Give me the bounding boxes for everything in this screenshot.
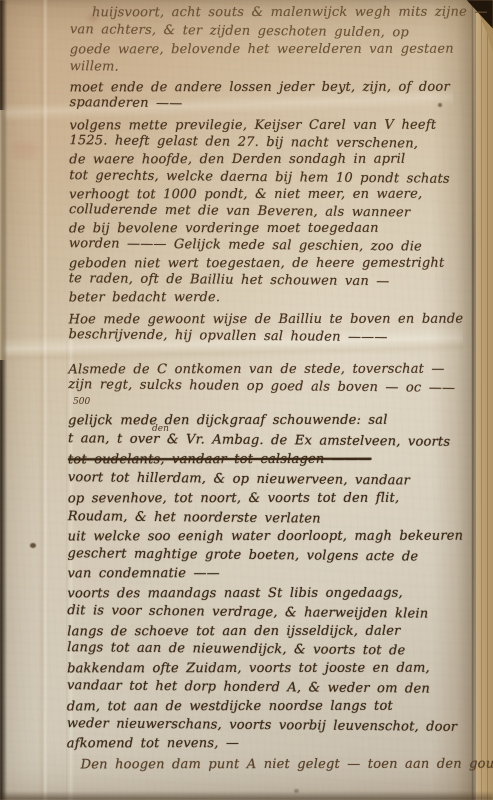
manuscript-line: vandaar tot het dorp honderd A, & weder … [67,677,459,700]
manuscript-line: dam, tot aan de westdijcke noordse langs… [67,697,459,716]
paragraph: voorts des maandags naast St libis onged… [67,584,460,755]
manuscript-line: bakkendam ofte Zuidam, voorts tot jooste… [67,660,459,679]
paragraph: Den hoogen dam punt A niet gelegt — toen… [67,755,459,775]
manuscript-line: beschrijvende, hij opvallen sal houden —… [68,326,460,347]
ink-stain [30,543,36,548]
manuscript-line: spaanderen —— [69,94,461,115]
manuscript-line: de waere hoofde, den Derden sondagh in a… [69,151,461,169]
manuscript-photo: huijsvoort, acht souts & malenwijck wegh… [0,0,493,800]
manuscript-line-struck-through: tot oudelants, vandaar tot calslagen ——— [68,450,460,470]
manuscript-line: tot gerechts, welcke daerna bij hem 10 p… [69,167,461,188]
manuscript-line: huijsvoort, acht souts & malenwijck wegh… [70,4,462,23]
manuscript-line: beter bedacht werde. [69,289,461,307]
manuscript-line: Alsmede de C ontkomen van de stede, tove… [68,361,460,379]
paragraph: Hoe mede gewoont wijse de Bailliu te bov… [68,310,460,346]
bottom-edge-shadow [0,791,493,800]
manuscript-line: zijn regt, sulcks houden op goed als bov… [68,376,460,397]
manuscript-line: willem. [70,58,462,80]
manuscript-line: Hoe mede gewoont wijse de Bailliu te bov… [69,311,461,329]
paper-speck [294,789,299,793]
manuscript-line: worden ——— Gelijck mede sal geschien, zo… [69,236,461,257]
red-smudge [12,142,38,158]
manuscript-line: uit welcke soo eenigh water doorloopt, m… [68,528,460,547]
manuscript-line: afkomend tot nevens, — [67,735,459,754]
manuscript-line: geboden niet wert toegestaen, de heere g… [69,254,461,272]
left-edge-highlight [0,110,7,360]
manuscript-line: t aan, t over & Vr. Ambag. de Ex amstelv… [68,429,460,452]
manuscript-line: Roudam, & het noorderste verlaten [68,507,460,530]
manuscript-line: voorts des maandags naast St libis onged… [67,585,459,604]
manuscript-line: goede waere, belovende het weerelderen v… [70,41,462,60]
interlinear-insertion: 500 [73,397,90,407]
manuscript-line: te raden, oft de Bailliu het schouwen va… [69,270,461,291]
manuscript-line: gelijck mede den dijckgraaf schouwende: … [68,411,460,431]
paragraph: huijsvoort, acht souts & malenwijck wegh… [70,3,462,79]
paragraph: uit welcke soo eenigh water doorloopt, m… [67,527,459,584]
manuscript-line: op sevenhove, tot noort, & voorts tot de… [68,489,460,509]
paragraph: moet ende de andere lossen jeder beyt, z… [70,78,462,114]
manuscript-line: geschert maghtige grote boeten, volgens … [67,545,459,567]
paragraph: Alsmede de C ontkomen van de stede, tove… [68,360,460,396]
manuscript-line: voort tot hillerdam, & op nieuwerveen, v… [68,468,460,491]
manuscript-line: dit is voor schonen verdrage, & haerweij… [67,602,459,625]
manuscript-line: langs tot aan de nieuwendijck, & voorts … [67,640,459,663]
book-fore-edge-pages [475,0,493,800]
paragraph: volgens mette previlegie, Keijser Carel … [69,116,462,307]
manuscript-line: verhoogt tot 1000 pondt, & niet meer, en… [69,185,461,203]
interlinear-insertion: den [152,424,169,434]
page-edge-line [472,0,475,800]
manuscript-line: van condemnatie —— [67,565,459,584]
manuscript-line: Den hoogen dam punt A niet gelegt — toen… [81,756,459,775]
manuscript-line: van achters, & ter zijden geschoten guld… [70,21,462,43]
paragraph: gelijck mede den dijckgraaf schouwende: … [68,410,461,529]
